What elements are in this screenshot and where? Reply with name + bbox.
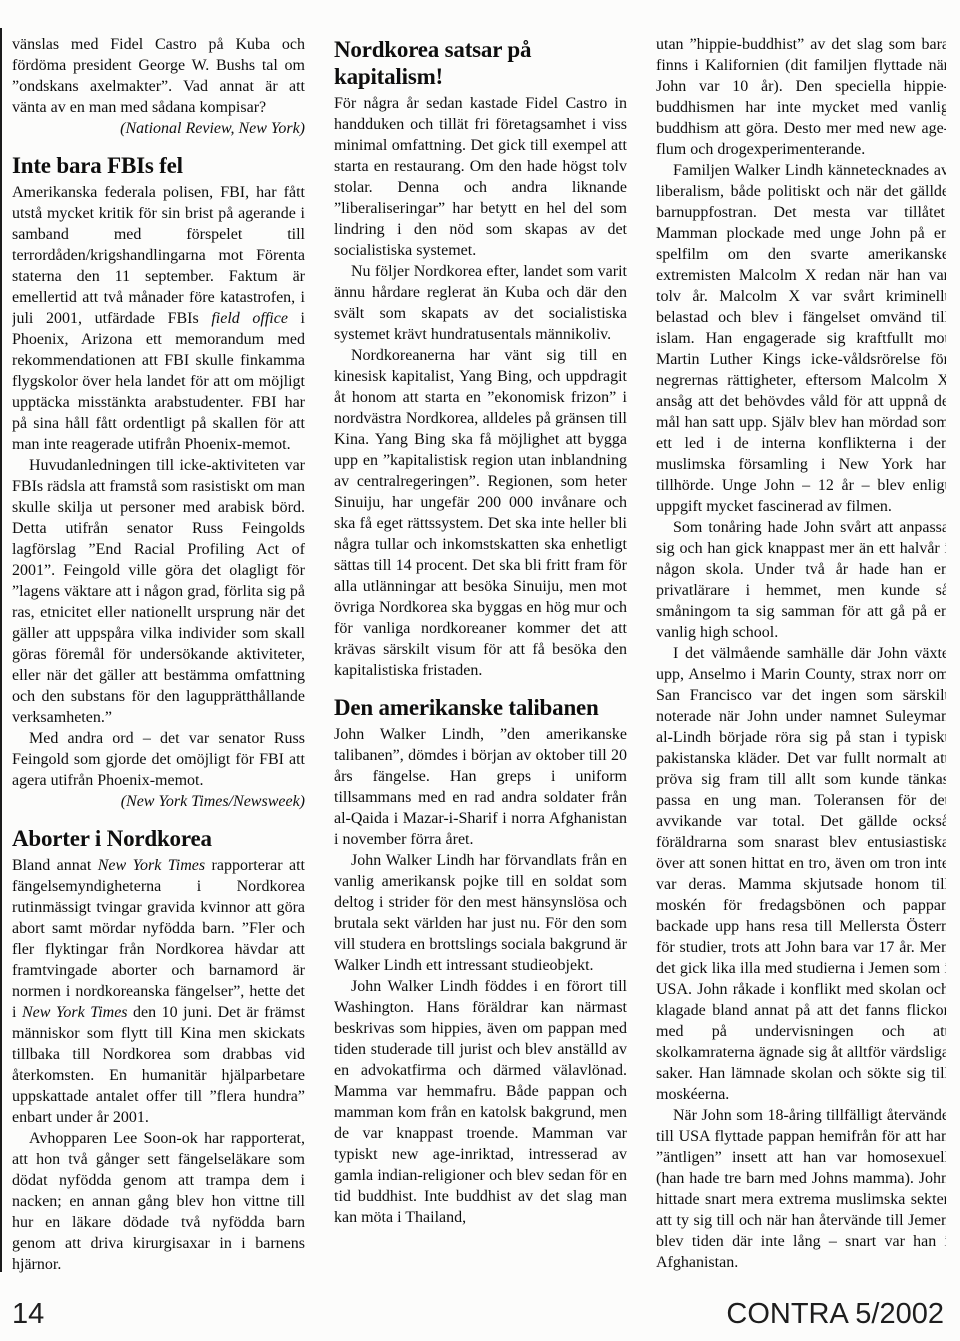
source-attribution: (New York Times/Newsweek) — [12, 791, 305, 812]
text-column-1: vänslas med Fidel Castro på Kuba och för… — [12, 34, 305, 1306]
page-edge-line — [0, 28, 2, 1272]
text-column-2: Nordkorea satsar på kapitalism!För några… — [334, 34, 627, 1306]
body-paragraph: Nu följer Nordkorea efter, landet som va… — [334, 261, 627, 345]
text-columns: vänslas med Fidel Castro på Kuba och för… — [12, 34, 946, 1306]
body-paragraph: John Walker Lindh, ”den amerikanske tali… — [334, 724, 627, 850]
page-footer: 14 CONTRA 5/2002 — [12, 1298, 944, 1331]
article-heading: Nordkorea satsar på kapitalism! — [334, 36, 627, 90]
source-attribution: (National Review, New York) — [12, 118, 305, 139]
body-paragraph: Avhopparen Lee Soon-ok har rapporterat, … — [12, 1128, 305, 1275]
magazine-page: vänslas med Fidel Castro på Kuba och för… — [0, 0, 960, 1341]
text-column-3: utan ”hippie-buddhist” av det slag som b… — [656, 34, 946, 1306]
article-heading: Inte bara FBIs fel — [12, 152, 305, 179]
body-paragraph: Huvudanledningen till icke-aktiviteten v… — [12, 455, 305, 728]
body-paragraph: John Walker Lindh har förvandlats från e… — [334, 850, 627, 976]
body-paragraph: Med andra ord – det var senator Russ Fei… — [12, 728, 305, 791]
body-paragraph: I det välmående samhälle där John växte … — [656, 643, 946, 1105]
body-paragraph: Amerikanska federala polisen, FBI, har f… — [12, 182, 305, 455]
body-paragraph: vänslas med Fidel Castro på Kuba och för… — [12, 34, 305, 118]
body-paragraph: När John som 18-åring tillfälligt återvä… — [656, 1105, 946, 1273]
body-paragraph: Bland annat New York Times rapporterar a… — [12, 855, 305, 1128]
body-paragraph: John Walker Lindh föddes i en förort til… — [334, 976, 627, 1228]
issue-label: CONTRA 5/2002 — [726, 1298, 944, 1331]
article-heading: Aborter i Nordkorea — [12, 825, 305, 852]
article-heading: Den amerikanske talibanen — [334, 694, 627, 721]
body-paragraph: Nordkoreanerna har vänt sig till en kine… — [334, 345, 627, 681]
page-number: 14 — [12, 1298, 44, 1331]
body-paragraph: Som tonåring hade John svårt att anpassa… — [656, 517, 946, 643]
body-paragraph: För några år sedan kastade Fidel Castro … — [334, 93, 627, 261]
body-paragraph: Familjen Walker Lindh kännetecknades av … — [656, 160, 946, 517]
body-paragraph: utan ”hippie-buddhist” av det slag som b… — [656, 34, 946, 160]
